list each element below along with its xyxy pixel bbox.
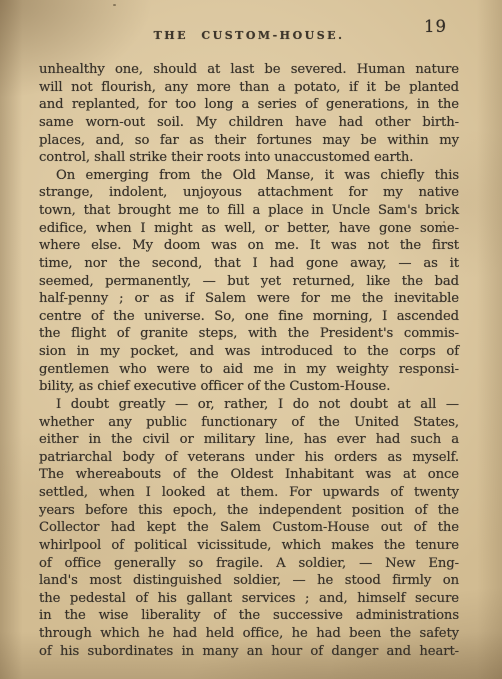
text-line: half-penny ; or as if Salem were for me … [39,290,459,308]
text-line: through which he had held office, he had… [39,625,459,643]
text-line: edifice, when I might as well, or better… [39,220,459,238]
text-line: time, nor the second, that I had gone aw… [39,255,459,273]
text-line: seemed, permanently, — but yet returned,… [39,273,459,291]
text-line: land's most distinguished soldier, — he … [39,572,459,590]
text-line: Collector had kept the Salem Custom-Hous… [39,519,459,537]
text-line: control, shall strike their roots into u… [39,149,459,167]
text-line: town, that brought me to fill a place in… [39,202,459,220]
text-line: bility, as chief executive officer of th… [39,378,459,396]
text-line: The whereabouts of the Oldest Inhabitant… [39,466,459,484]
text-line: in the wise liberality of the successive… [39,607,459,625]
text-line: the pedestal of his gallant services ; a… [39,590,459,608]
text-line: same worn-out soil. My children have had… [39,114,459,132]
text-line: where else. My doom was on me. It was no… [39,237,459,255]
text-line: gentlemen who were to aid me in my weigh… [39,361,459,379]
chapter-running-title: THE CUSTOM-HOUSE. [39,29,459,42]
text-line: either in the civil or military line, ha… [39,431,459,449]
paragraph: I doubt greatly — or, rather, I do not d… [39,396,459,660]
text-line: sion in my pocket, and was introduced to… [39,343,459,361]
text-line: places, and, so far as their fortunes ma… [39,132,459,150]
text-line: centre of the universe. So, one fine mor… [39,308,459,326]
text-line: of office generally so fragile. A soldie… [39,555,459,573]
paragraph: On emerging from the Old Manse, it was c… [39,167,459,396]
text-line: whirlpool of political vicissitude, whic… [39,537,459,555]
text-line: On emerging from the Old Manse, it was c… [39,167,459,185]
text-line: years before this epoch, the independent… [39,502,459,520]
paragraph: unhealthy one, should at last be severed… [39,61,459,167]
text-line: unhealthy one, should at last be severed… [39,61,459,79]
text-line: settled, when I looked at them. For upwa… [39,484,459,502]
text-block: unhealthy one, should at last be severed… [39,61,459,660]
scan-speck [113,4,116,6]
text-line: patriarchal body of veterans under his o… [39,449,459,467]
text-line: the flight of granite steps, with the Pr… [39,325,459,343]
text-line: of his subordinates in many an hour of d… [39,643,459,661]
running-header: THE CUSTOM-HOUSE. 19 [39,18,459,46]
page-number: 19 [424,17,447,36]
text-line: strange, indolent, unjoyous attachment f… [39,184,459,202]
text-line: will not flourish, any more than a potat… [39,79,459,97]
text-line: I doubt greatly — or, rather, I do not d… [39,396,459,414]
text-line: and replanted, for too long a series of … [39,96,459,114]
text-line: whether any public functionary of the Un… [39,414,459,432]
book-page: THE CUSTOM-HOUSE. 19 unhealthy one, shou… [0,0,502,679]
